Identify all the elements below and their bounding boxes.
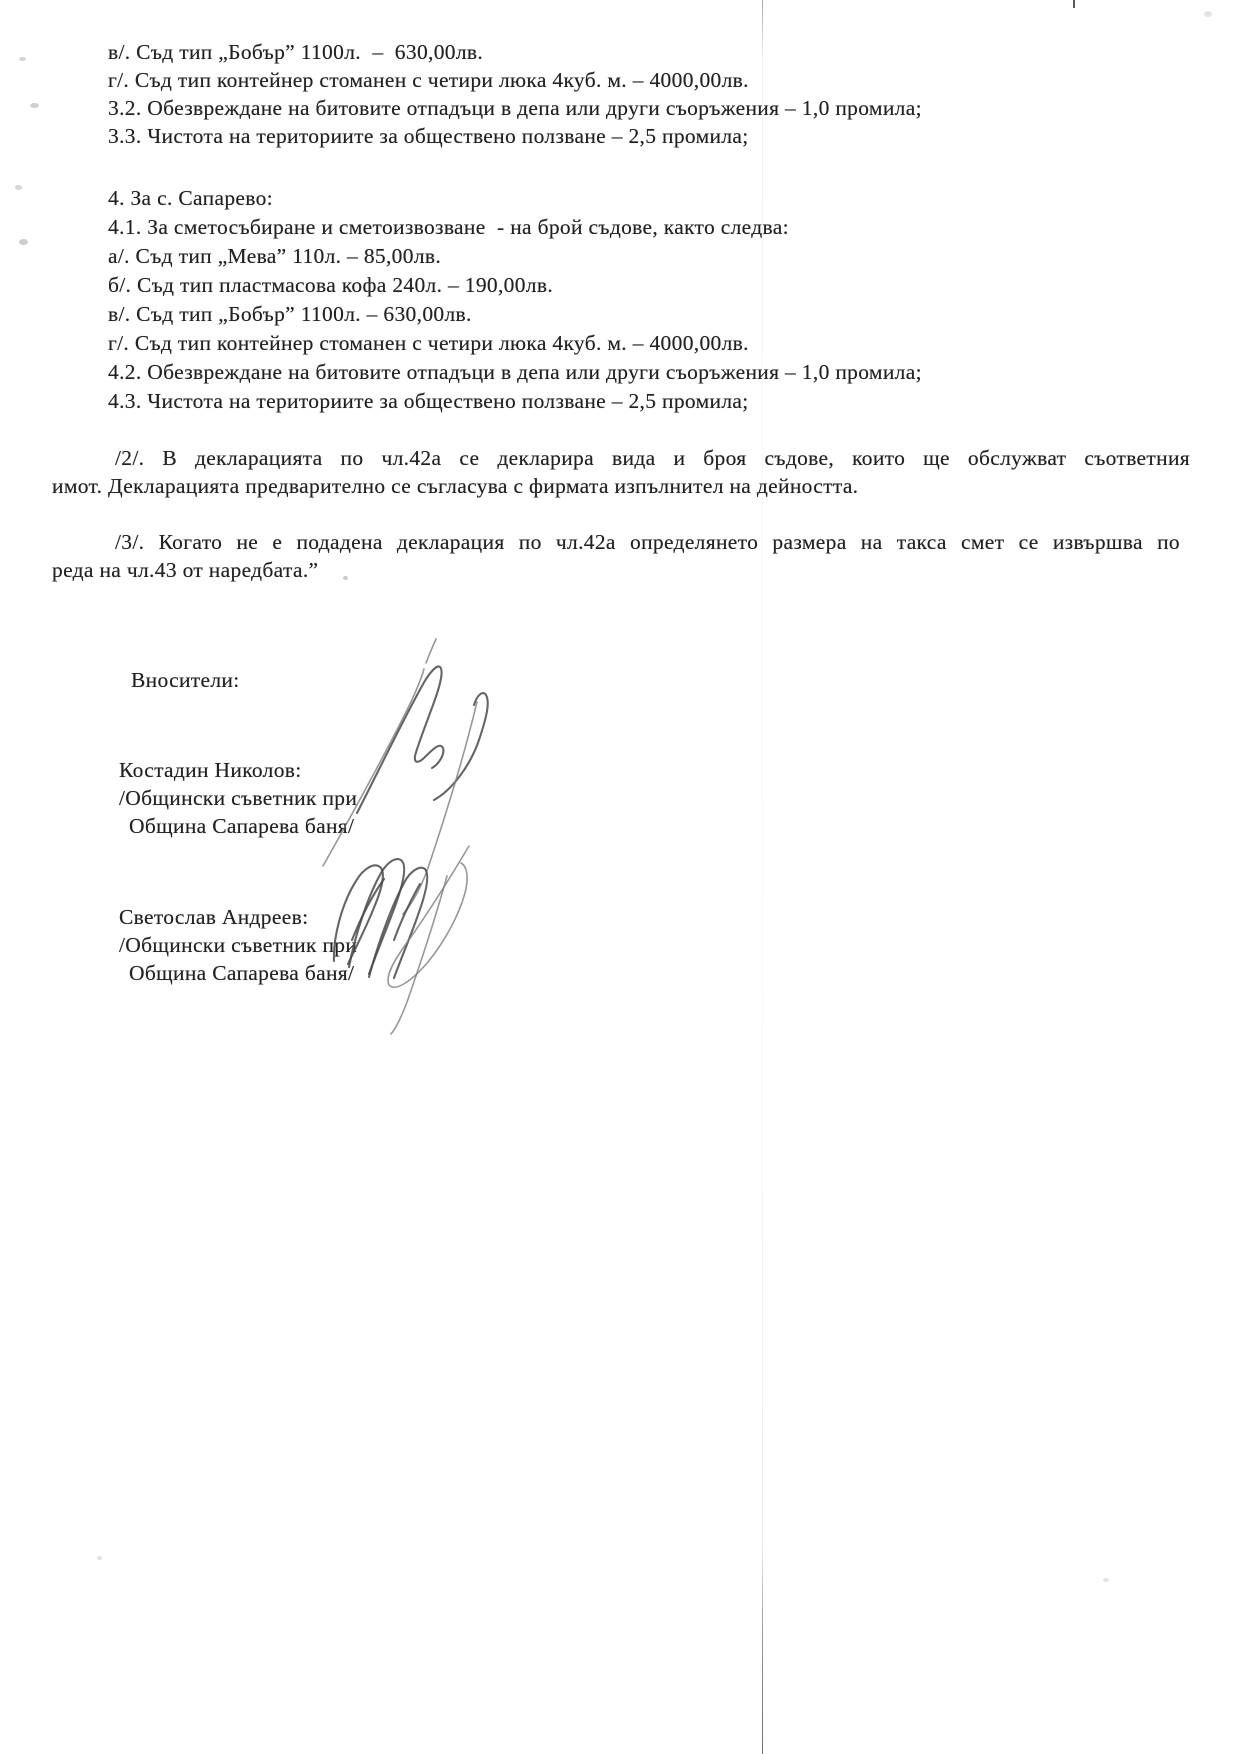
paragraph-2-line-1: /2/. В декларацията по чл.42а се деклари… — [52, 444, 1190, 472]
paragraph-2: /2/. В декларацията по чл.42а се деклари… — [52, 444, 1190, 500]
clause-4-2: 4.2. Обезвреждане на битовите отпадъци в… — [108, 358, 922, 387]
tariff-line-bobar: в/. Съд тип „Бобър” 1100л. – 630,00лв. — [108, 38, 922, 66]
scan-artifact-speck — [97, 1556, 102, 1560]
section-4-heading: 4. За с. Сапарево: — [108, 184, 922, 213]
section-4-saparevo: 4. За с. Сапарево: 4.1. За сметосъбиране… — [108, 184, 922, 416]
signer-name: Светослав Андреев: — [119, 904, 357, 932]
scan-artifact-speck — [15, 185, 22, 190]
signer-role-line-1: /Общински съветник при — [119, 932, 357, 960]
scan-artifact-speck — [30, 103, 39, 108]
paragraph-3-line-1: /3/. Когато не е подадена декларация по … — [52, 528, 1180, 556]
clause-3-2: 3.2. Обезвреждане на битовите отпадъци в… — [108, 94, 922, 122]
paragraph-3: /3/. Когато не е подадена декларация по … — [52, 528, 1180, 584]
signer-role-line-2: Община Сапарева баня/ — [119, 813, 357, 841]
scan-artifact-speck — [1204, 11, 1212, 17]
scan-artifact-speck — [19, 57, 26, 61]
paragraph-2-line-2: имот. Декларацията предварително се съгл… — [52, 472, 1190, 500]
submitters-label: Вносители: — [131, 668, 240, 693]
tariff-line-container: г/. Съд тип контейнер стоманен с четири … — [108, 66, 922, 94]
signer-name: Костадин Николов: — [119, 757, 357, 785]
tariff-line-container: г/. Съд тип контейнер стоманен с четири … — [108, 329, 922, 358]
scan-artifact-speck — [19, 239, 28, 245]
tariff-line-plastic: б/. Съд тип пластмасова кофа 240л. – 190… — [108, 271, 922, 300]
scan-artifact-speck — [1103, 1578, 1109, 1582]
section-3-tariff-list: в/. Съд тип „Бобър” 1100л. – 630,00лв. г… — [108, 38, 922, 150]
clause-4-1: 4.1. За сметосъбиране и сметоизвозване -… — [108, 213, 922, 242]
signer-role-line-1: /Общински съветник при — [119, 785, 357, 813]
clause-4-3: 4.3. Чистота на териториите за обществен… — [108, 387, 922, 416]
clause-3-3: 3.3. Чистота на териториите за обществен… — [108, 122, 922, 150]
signer-kostadin-nikolov-block: Костадин Николов: /Общински съветник при… — [119, 757, 357, 840]
tariff-line-bobar: в/. Съд тип „Бобър” 1100л. – 630,00лв. — [108, 300, 922, 329]
signer-svetoslav-andreev-block: Светослав Андреев: /Общински съветник пр… — [119, 904, 357, 987]
scanned-document-page: { "document": { "section3": { "lines": [… — [0, 0, 1240, 1754]
signer-role-line-2: Община Сапарева баня/ — [119, 960, 357, 988]
paragraph-3-line-2: реда на чл.43 от наредбата.” — [52, 556, 1180, 584]
scan-artifact-tick — [1073, 0, 1075, 8]
tariff-line-meva: а/. Съд тип „Мева” 110л. – 85,00лв. — [108, 242, 922, 271]
